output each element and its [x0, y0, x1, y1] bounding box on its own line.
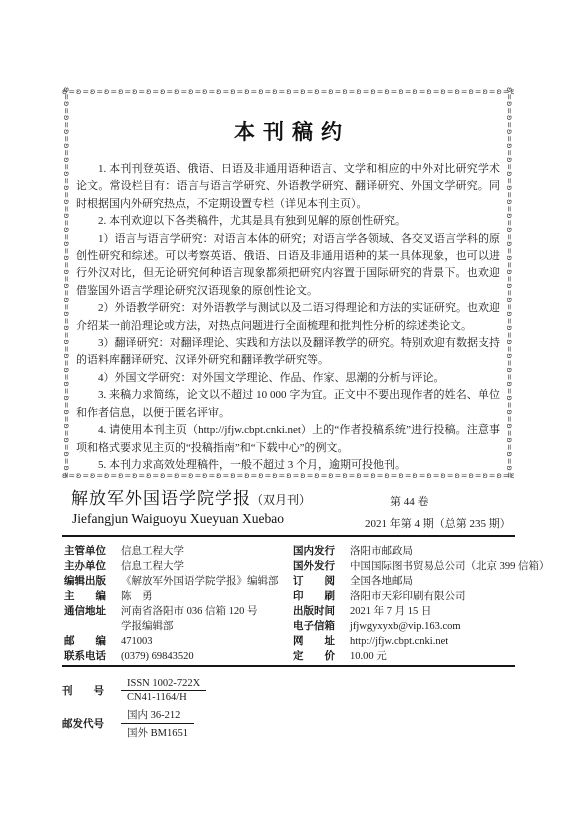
info-label: 主管单位	[64, 544, 110, 559]
info-label: 主办单位	[64, 559, 110, 574]
info-row: 通信地址河南省洛阳市 036 信箱 120 号	[64, 604, 292, 619]
code-bottom-value: CN41-1164/H	[121, 691, 206, 703]
info-row: 主 编陈 勇	[64, 589, 292, 604]
notice-content: 本刊稿约 1. 本刊刊登英语、俄语、日语及非通用语种语言、文学和相应的中外对比研…	[76, 96, 500, 471]
info-row: 主管单位信息工程大学	[64, 544, 292, 559]
issue-codes: 刊 号ISSN 1002-722XCN41-1164/H邮发代号国内 36-21…	[62, 678, 206, 744]
info-label: 电子信箱	[293, 619, 339, 634]
info-value: 《解放军外国语学院学报》编辑部	[121, 574, 279, 589]
info-value: 信息工程大学	[121, 544, 184, 559]
notice-paragraph: 3. 来稿力求简练，论文以不超过 10 000 字为宜。正文中不要出现作者的姓名…	[76, 387, 500, 422]
info-row: 网 址http://jfjw.cbpt.cnki.net	[293, 634, 543, 649]
info-value: (0379) 69843520	[121, 649, 194, 664]
info-label: 通信地址	[64, 604, 110, 619]
info-value: http://jfjw.cbpt.cnki.net	[350, 634, 448, 649]
info-label: 编辑出版	[64, 574, 110, 589]
notice-paragraph: 1. 本刊刊登英语、俄语、日语及非通用语种语言、文学和相应的中外对比研究学术论文…	[76, 161, 500, 213]
info-label: 定 价	[293, 649, 339, 664]
info-value: 学报编辑部	[121, 619, 174, 634]
info-value: 河南省洛阳市 036 信箱 120 号	[121, 604, 258, 619]
notice-paragraph: 4）外国文学研究：对外国文学理论、作品、作家、思潮的分析与评论。	[76, 370, 500, 387]
info-value: 2021 年 7 月 15 日	[350, 604, 431, 619]
ornament-border-top-icon: ʚ=ʚ=ʚ=ʚ=ʚ=ʚ=ʚ=ʚ=ʚ=ʚ=ʚ=ʚ=ʚ=ʚ=ʚ=ʚ=ʚ=ʚ=ʚ=ʚ=…	[62, 87, 514, 96]
info-value: 10.00 元	[350, 649, 387, 664]
info-row: 编辑出版《解放军外国语学院学报》编辑部	[64, 574, 292, 589]
code-label: 刊 号	[62, 683, 108, 698]
publication-info-left-column: 主管单位信息工程大学主办单位信息工程大学编辑出版《解放军外国语学院学报》编辑部主…	[64, 544, 292, 664]
info-row: 出版时间2021 年 7 月 15 日	[293, 604, 543, 619]
code-row: 刊 号ISSN 1002-722XCN41-1164/H	[62, 678, 206, 703]
info-label	[64, 619, 110, 634]
info-row: 定 价10.00 元	[293, 649, 543, 664]
journal-title-pinyin: Jiefangjun Waiguoyu Xueyuan Xuebao	[72, 511, 284, 527]
info-label: 主 编	[64, 589, 110, 604]
journal-masthead: 解放军外国语学院学报（双月刊） Jiefangjun Waiguoyu Xuey…	[62, 484, 515, 534]
info-value: jfjwgyxyxb@vip.163.com	[350, 619, 461, 634]
notice-paragraph: 5. 本刊力求高效处理稿件，一般不超过 3 个月，逾期可投他刊。	[76, 457, 500, 471]
journal-title-line: 解放军外国语学院学报（双月刊）	[71, 484, 311, 509]
info-label: 订 阅	[293, 574, 339, 589]
info-row: 电子信箱jfjwgyxyxb@vip.163.com	[293, 619, 543, 634]
info-value: 洛阳市天彩印刷有限公司	[350, 589, 466, 604]
info-label: 网 址	[293, 634, 339, 649]
journal-issue: 2021 年第 4 期（总第 235 期）	[365, 515, 511, 531]
info-label: 国外发行	[293, 559, 339, 574]
notice-paragraph: 2）外语教学研究：对外语教学与测试以及二语习得理论和方法的实证研究。也欢迎介绍某…	[76, 300, 500, 335]
journal-back-page: ʚ=ʚ=ʚ=ʚ=ʚ=ʚ=ʚ=ʚ=ʚ=ʚ=ʚ=ʚ=ʚ=ʚ=ʚ=ʚ=ʚ=ʚ=ʚ=ʚ=…	[0, 0, 577, 817]
info-row: 主办单位信息工程大学	[64, 559, 292, 574]
code-bottom-value: 国外 BM1651	[121, 724, 194, 740]
info-value: 471003	[121, 634, 153, 649]
info-row: 学报编辑部	[64, 619, 292, 634]
code-fraction: 国内 36-212国外 BM1651	[121, 707, 194, 740]
ornament-border-left-icon: ʚ=ʚ=ʚ=ʚ=ʚ=ʚ=ʚ=ʚ=ʚ=ʚ=ʚ=ʚ=ʚ=ʚ=ʚ=ʚ=ʚ=ʚ=ʚ=ʚ=…	[62, 87, 71, 480]
info-label: 印 刷	[293, 589, 339, 604]
divider-rule-bottom	[62, 665, 515, 667]
code-label: 邮发代号	[62, 716, 108, 731]
notice-paragraph: 3）翻译研究：对翻译理论、实践和方法以及翻译教学的研究。特别欢迎有数据支持的语料…	[76, 335, 500, 370]
info-label: 国内发行	[293, 544, 339, 559]
code-top-value: 国内 36-212	[121, 707, 194, 724]
ornament-border-right-icon: ʚ=ʚ=ʚ=ʚ=ʚ=ʚ=ʚ=ʚ=ʚ=ʚ=ʚ=ʚ=ʚ=ʚ=ʚ=ʚ=ʚ=ʚ=ʚ=ʚ=…	[505, 87, 514, 480]
info-value: 全国各地邮局	[350, 574, 413, 589]
ornament-border-bottom-icon: ʚ=ʚ=ʚ=ʚ=ʚ=ʚ=ʚ=ʚ=ʚ=ʚ=ʚ=ʚ=ʚ=ʚ=ʚ=ʚ=ʚ=ʚ=ʚ=ʚ=…	[62, 471, 514, 480]
info-row: 邮 编471003	[64, 634, 292, 649]
code-top-value: ISSN 1002-722X	[121, 678, 206, 691]
info-value: 洛阳市邮政局	[350, 544, 413, 559]
divider-rule-top	[62, 535, 515, 537]
info-row: 国内发行洛阳市邮政局	[293, 544, 543, 559]
notice-paragraph: 1）语言与语言学研究：对语言本体的研究；对语言学各领域、各交叉语言学科的原创性研…	[76, 231, 500, 301]
info-row: 订 阅全国各地邮局	[293, 574, 543, 589]
info-value: 陈 勇	[121, 589, 153, 604]
notice-paragraph: 2. 本刊欢迎以下各类稿件，尤其是具有独到见解的原创性研究。	[76, 213, 500, 230]
info-label: 联系电话	[64, 649, 110, 664]
journal-frequency: （双月刊）	[251, 493, 311, 507]
info-value: 信息工程大学	[121, 559, 184, 574]
journal-volume: 第 44 卷	[390, 493, 429, 509]
notice-title: 本刊稿约	[76, 116, 500, 146]
info-row: 联系电话(0379) 69843520	[64, 649, 292, 664]
submission-notice-box: ʚ=ʚ=ʚ=ʚ=ʚ=ʚ=ʚ=ʚ=ʚ=ʚ=ʚ=ʚ=ʚ=ʚ=ʚ=ʚ=ʚ=ʚ=ʚ=ʚ=…	[62, 87, 514, 480]
code-fraction: ISSN 1002-722XCN41-1164/H	[121, 678, 206, 703]
journal-title-chinese: 解放军外国语学院学报	[71, 489, 251, 508]
code-row: 邮发代号国内 36-212国外 BM1651	[62, 707, 206, 740]
publication-info-right-column: 国内发行洛阳市邮政局国外发行中国国际图书贸易总公司（北京 399 信箱）订 阅全…	[293, 544, 543, 664]
info-label: 邮 编	[64, 634, 110, 649]
notice-paragraph: 4. 请使用本刊主页（http://jfjw.cbpt.cnki.net）上的“…	[76, 422, 500, 457]
notice-paragraphs: 1. 本刊刊登英语、俄语、日语及非通用语种语言、文学和相应的中外对比研究学术论文…	[76, 161, 500, 471]
info-row: 国外发行中国国际图书贸易总公司（北京 399 信箱）	[293, 559, 543, 574]
info-row: 印 刷洛阳市天彩印刷有限公司	[293, 589, 543, 604]
info-label: 出版时间	[293, 604, 339, 619]
info-value: 中国国际图书贸易总公司（北京 399 信箱）	[350, 559, 550, 574]
